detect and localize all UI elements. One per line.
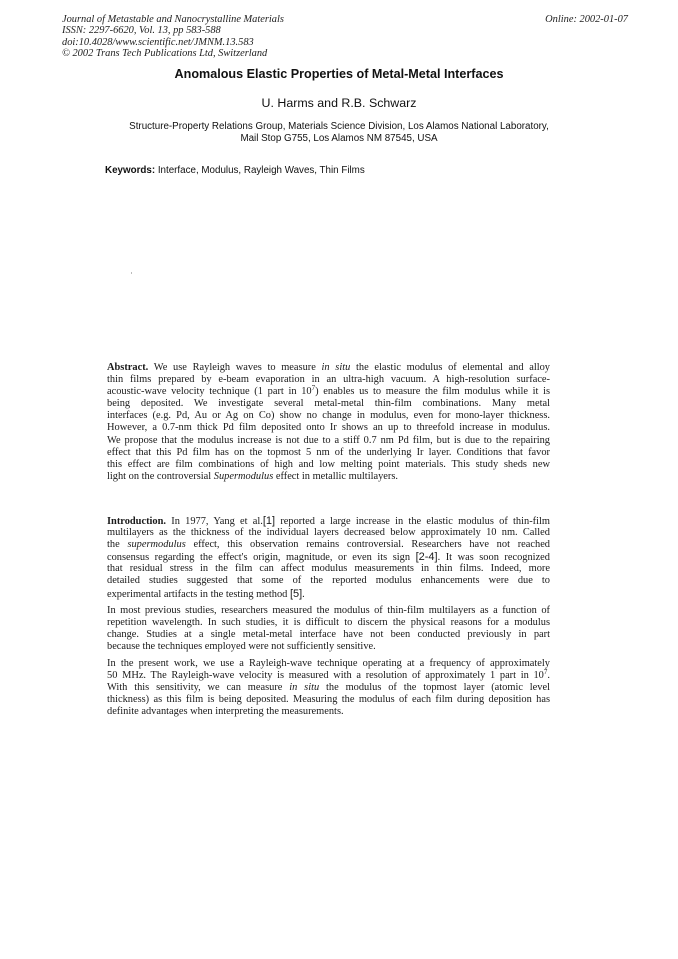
superscript: 7	[312, 384, 316, 392]
text-line: With this sensitivity, we can measure in…	[107, 682, 550, 694]
text-line: that residual stress in the film can aff…	[107, 563, 550, 575]
text-line: light on the controversial Supermodulus …	[107, 471, 550, 483]
emphasis: in situ	[322, 362, 351, 373]
affiliation-line-2: Mail Stop G755, Los Alamos NM 87545, USA	[0, 133, 678, 145]
text-line: detailed studies suggested that some of …	[107, 575, 550, 587]
citation: [5]	[290, 588, 302, 600]
paragraph: In the present work, we use a Rayleigh-w…	[107, 658, 550, 718]
text-line: consensus regarding the effect's origin,…	[107, 551, 550, 563]
text-line: interfaces (e.g. Pd, Au or Ag on Co) sho…	[107, 410, 550, 422]
paper-authors: U. Harms and R.B. Schwarz	[0, 96, 678, 110]
text-line: In the present work, we use a Rayleigh-w…	[107, 658, 550, 670]
emphasis: Supermodulus	[214, 471, 273, 482]
text-line: Abstract. We use Rayleigh waves to measu…	[107, 362, 550, 374]
doi-line: doi:10.4028/www.scientific.net/JMNM.13.5…	[62, 37, 284, 48]
emphasis: in situ	[289, 682, 319, 693]
text-line: Introduction. In 1977, Yang et al.[1] re…	[107, 515, 550, 527]
copyright-line: © 2002 Trans Tech Publications Ltd, Swit…	[62, 48, 284, 59]
text-line: acoustic-wave velocity technique (1 part…	[107, 386, 550, 398]
text-line: In most previous studies, researchers me…	[107, 605, 550, 617]
keywords-list: Interface, Modulus, Rayleigh Waves, Thin…	[158, 165, 365, 176]
section-label: Abstract.	[107, 362, 148, 373]
text-line: being deposited. We investigate several …	[107, 398, 550, 410]
paper-title: Anomalous Elastic Properties of Metal-Me…	[0, 67, 678, 81]
text-line: thickness) as this film is being deposit…	[107, 694, 550, 706]
affiliation-line-1: Structure-Property Relations Group, Mate…	[0, 121, 678, 133]
journal-name: Journal of Metastable and Nanocrystallin…	[62, 14, 284, 25]
paragraph: In most previous studies, researchers me…	[107, 605, 550, 653]
text-line: definite advantages when interpreting th…	[107, 706, 550, 718]
keywords: Keywords: Interface, Modulus, Rayleigh W…	[105, 165, 365, 176]
text-line: this effect are film combinations of hig…	[107, 459, 550, 471]
journal-header: Journal of Metastable and Nanocrystallin…	[62, 14, 284, 59]
superscript: 7	[544, 668, 548, 676]
abstract-section: Abstract. We use Rayleigh waves to measu…	[107, 362, 550, 483]
keywords-label: Keywords:	[105, 165, 155, 176]
emphasis: supermodulus	[127, 539, 185, 550]
text-line: thin films prepared by e-beam evaporatio…	[107, 374, 550, 386]
scan-artifact	[131, 272, 132, 274]
text-line: 50 MHz. The Rayleigh-wave velocity is me…	[107, 670, 550, 682]
paragraph: Introduction. In 1977, Yang et al.[1] re…	[107, 515, 550, 600]
text-line: effect that this Pd film has on the topm…	[107, 447, 550, 459]
text-line: We propose that the modulus increase is …	[107, 435, 550, 447]
issn-line: ISSN: 2297-6620, Vol. 13, pp 583-588	[62, 25, 284, 36]
text-line: change. Studies at a single metal-metal …	[107, 629, 550, 641]
introduction-section: Introduction. In 1977, Yang et al.[1] re…	[107, 515, 550, 719]
text-line: multilayers as the thickness of the indi…	[107, 527, 550, 539]
citation: [1]	[263, 515, 275, 527]
online-date: Online: 2002-01-07	[545, 14, 628, 25]
text-line: However, a 0.7-nm thick Pd film deposite…	[107, 422, 550, 434]
text-line: experimental artifacts in the testing me…	[107, 588, 550, 600]
citation: [2-4]	[416, 551, 438, 563]
section-label: Introduction.	[107, 516, 166, 527]
text-line: repetition wavelength. In such studies, …	[107, 617, 550, 629]
text-line: because the techniques employed were not…	[107, 641, 550, 653]
affiliation: Structure-Property Relations Group, Mate…	[0, 121, 678, 145]
text-line: the supermodulus effect, this observatio…	[107, 539, 550, 551]
